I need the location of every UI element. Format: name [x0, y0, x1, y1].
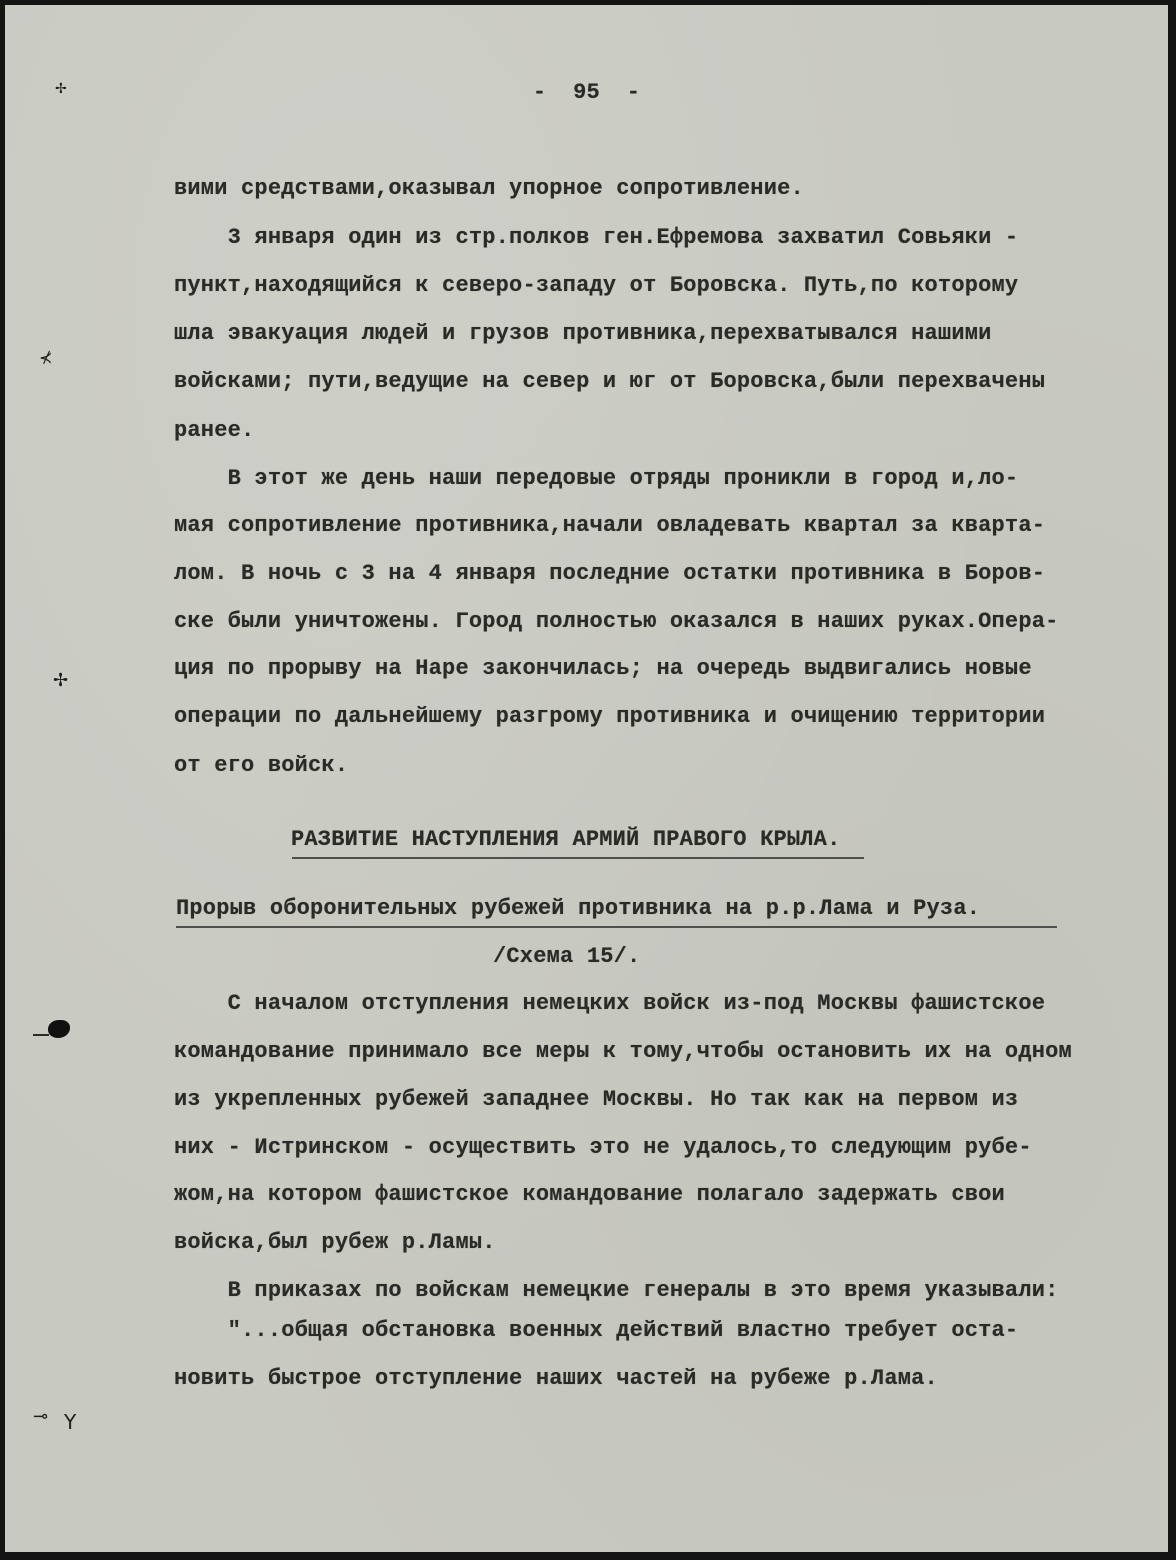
subsection-heading-underline [176, 926, 1057, 928]
text-line: В этот же день наши передовые отряды про… [174, 466, 1018, 491]
text-line: 3 января один из стр.полков ген.Ефремова… [174, 225, 1018, 250]
text-line: пункт,находящийся к северо-западу от Бор… [174, 273, 1018, 298]
punch-hole-mark: ⊀ [39, 348, 52, 367]
text-line: новить быстрое отступление наших частей … [174, 1366, 938, 1391]
text-line: "...общая обстановка военных действий вл… [174, 1318, 1018, 1343]
text-line: войска,был рубеж р.Ламы. [174, 1230, 496, 1255]
page-number: - 95 - [5, 80, 1168, 105]
text-line: шла эвакуация людей и грузов противника,… [174, 321, 992, 346]
text-line: ске были уничтожены. Город полностью ока… [174, 609, 1059, 634]
section-heading-underline [292, 857, 864, 859]
text-line: из укрепленных рубежей западнее Москвы. … [174, 1087, 1018, 1112]
text-line: ция по прорыву на Наре закончилась; на о… [174, 656, 1032, 681]
text-line: жом,на котором фашистское командование п… [174, 1182, 1005, 1207]
text-line: В приказах по войскам немецкие генералы … [174, 1278, 1059, 1303]
document-page: ✢ ⊀ ✢ ⊸ Y - 95 - вими средствами,оказыва… [5, 5, 1168, 1552]
text-line: них - Истринском - осуществить это не уд… [174, 1135, 1032, 1160]
ink-blot-mark [48, 1020, 70, 1038]
punch-hole-mark: Y [64, 1410, 76, 1434]
text-line: лом. В ночь с 3 на 4 января последние ос… [174, 561, 1045, 586]
text-line: войсками; пути,ведущие на север и юг от … [174, 369, 1045, 394]
text-line: С началом отступления немецких войск из-… [174, 991, 1045, 1016]
subsection-heading: Прорыв оборонительных рубежей противника… [176, 896, 980, 921]
text-line: мая сопротивление противника,начали овла… [174, 513, 1045, 538]
text-line: операции по дальнейшему разгрому противн… [174, 704, 1045, 729]
text-line: от его войск. [174, 753, 348, 778]
scheme-reference: /Схема 15/. [493, 944, 640, 969]
text-line: командование принимало все меры к тому,ч… [174, 1039, 1072, 1064]
ink-blot-tail [33, 1034, 49, 1036]
text-line: вими средствами,оказывал упорное сопроти… [174, 176, 804, 201]
punch-hole-mark: ⊸ [33, 1406, 48, 1427]
section-heading: РАЗВИТИЕ НАСТУПЛЕНИЯ АРМИЙ ПРАВОГО КРЫЛА… [291, 827, 841, 852]
text-line: ранее. [174, 418, 254, 443]
punch-hole-mark: ✢ [53, 670, 68, 691]
